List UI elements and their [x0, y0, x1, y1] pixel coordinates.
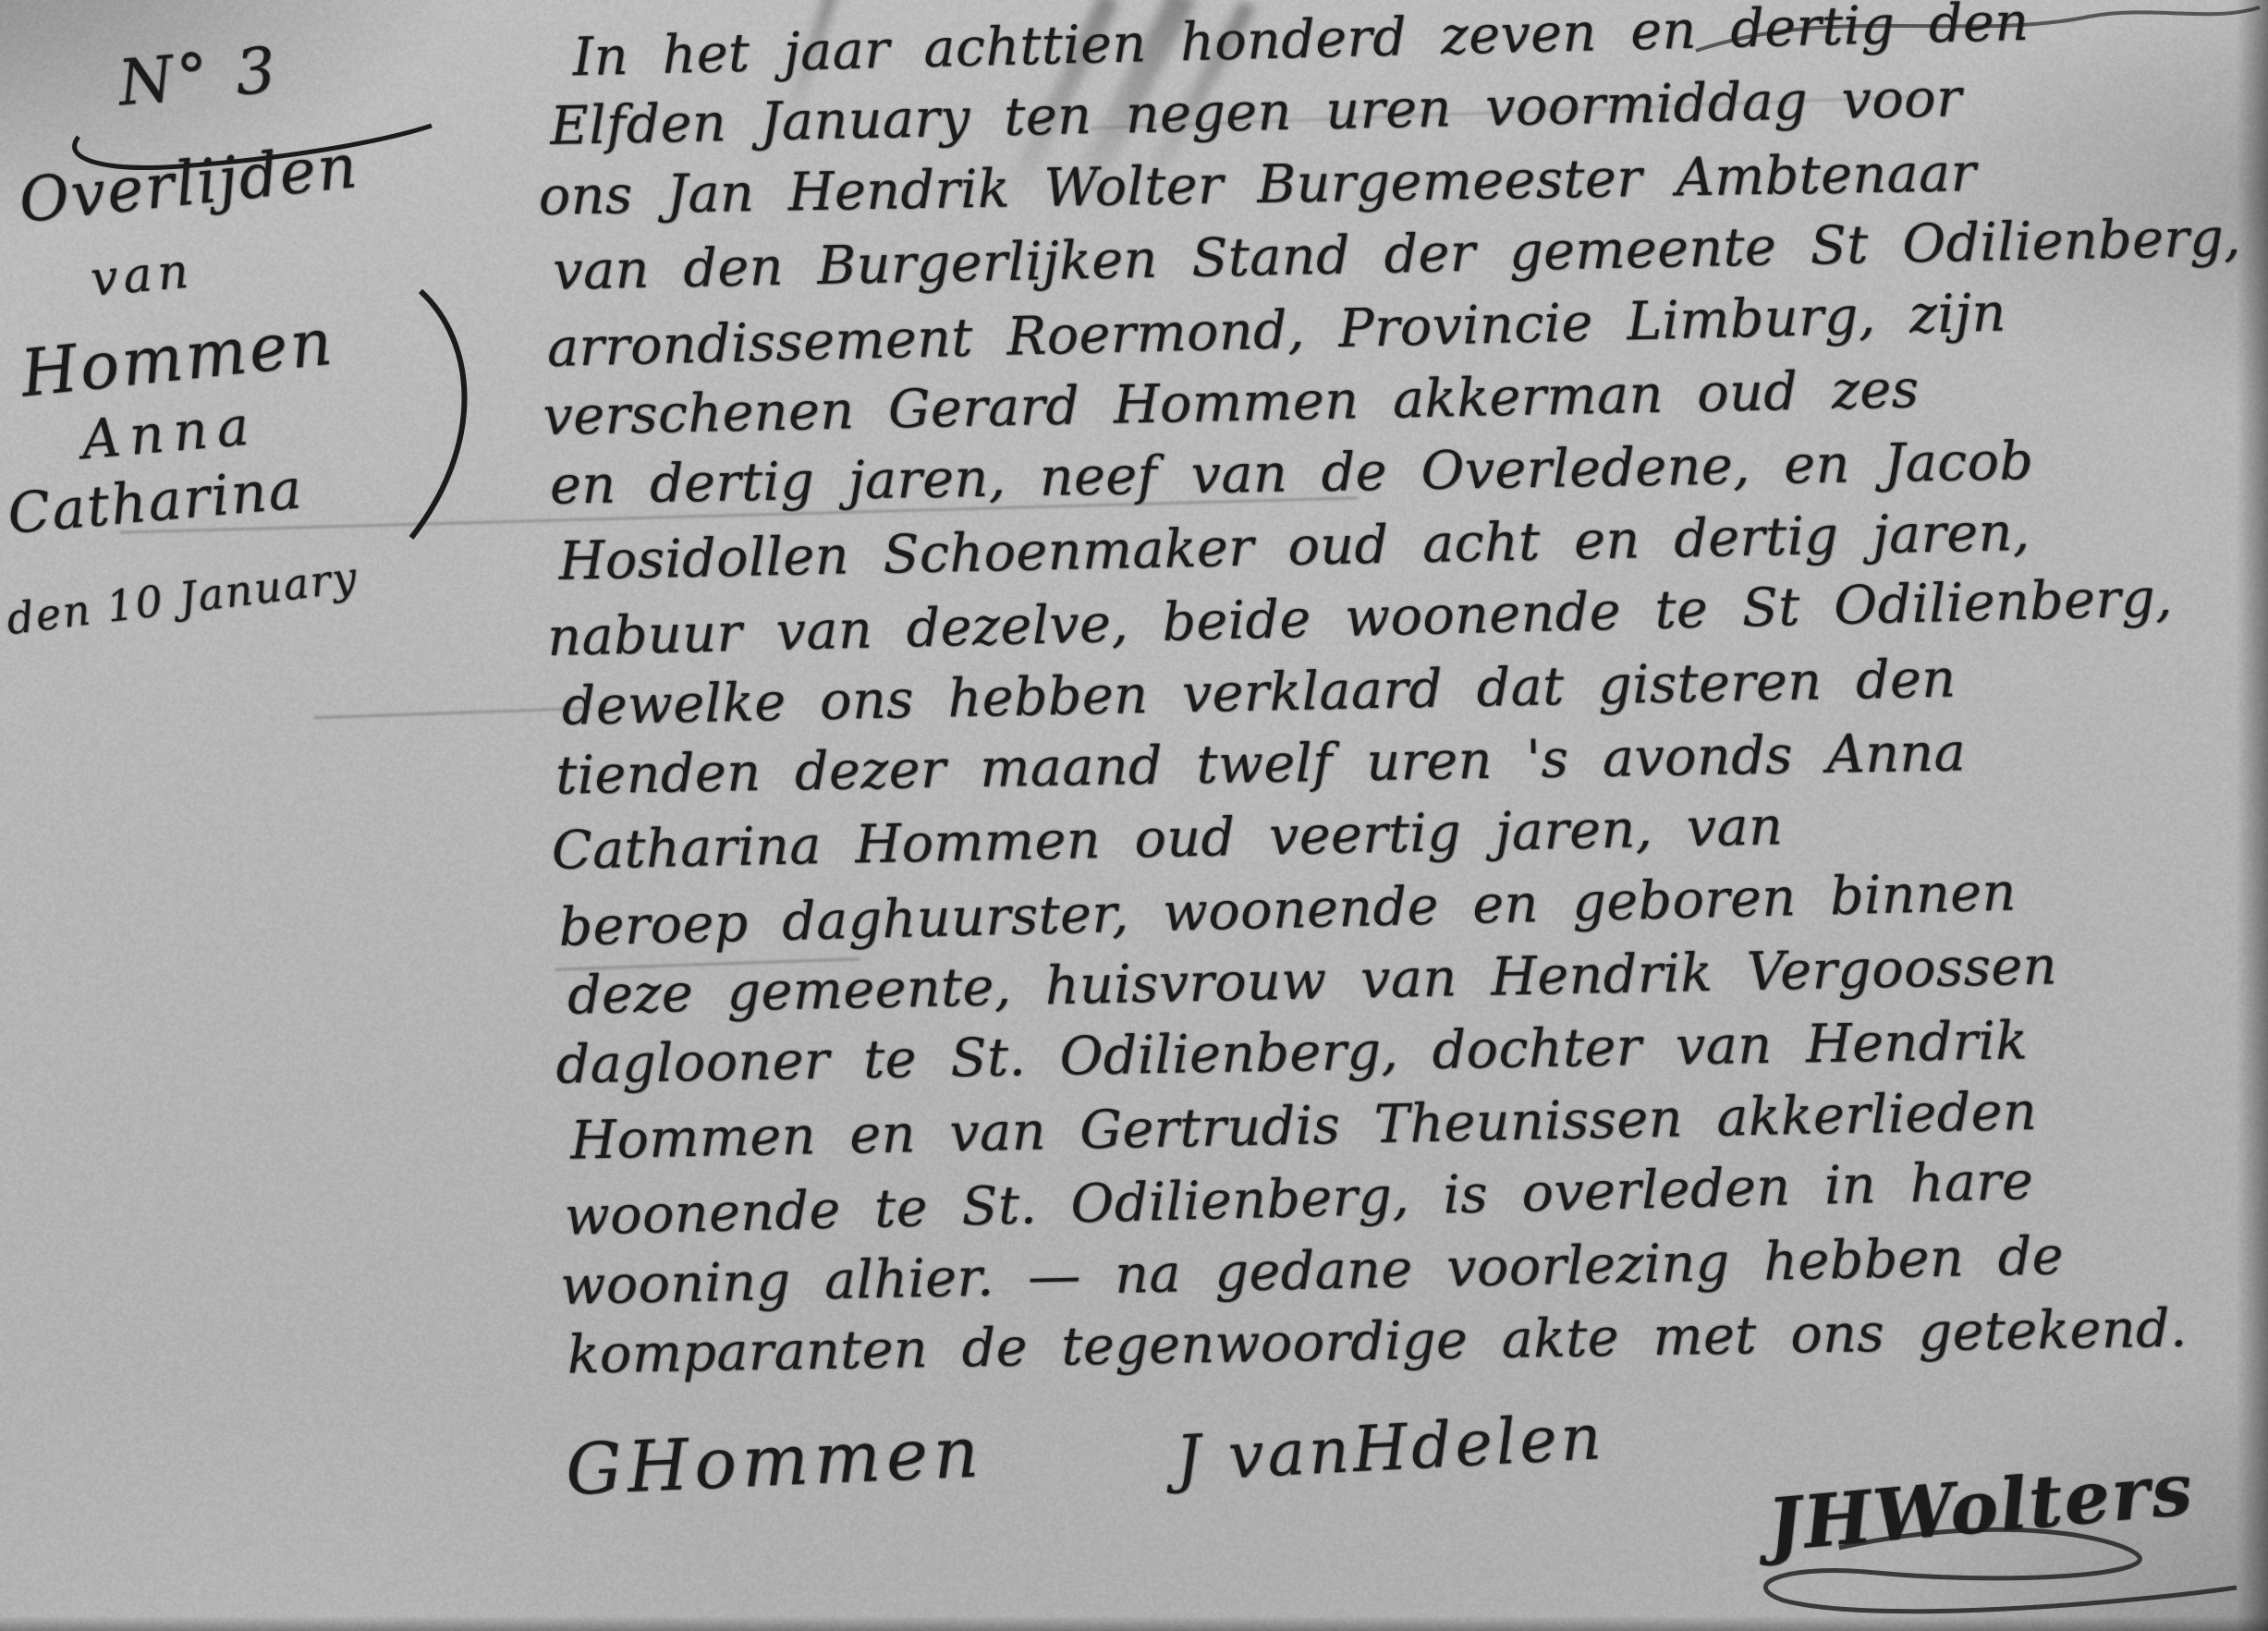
margin-line: Anna	[79, 394, 260, 471]
death-record-scan: N° 3 Overlijden van Hommen Anna Catharin…	[0, 0, 2268, 1631]
margin-line: Catharina	[6, 456, 306, 547]
margin-annotation: N° 3 Overlijden van Hommen Anna Catharin…	[0, 0, 518, 1631]
margin-line: den 10 January	[4, 552, 360, 644]
margin-line: Overlijden	[16, 130, 362, 237]
margin-line: van	[89, 243, 197, 308]
record-body: In het jaar achttien honderd zeven en de…	[541, 0, 2268, 1400]
margin-closing-bracket-flourish	[370, 286, 490, 545]
scan-edge-shadow	[2237, 0, 2268, 1631]
margin-line: Hommen	[18, 303, 338, 411]
act-number: N° 3	[116, 34, 283, 121]
scan-edge-shadow	[0, 1616, 2268, 1631]
